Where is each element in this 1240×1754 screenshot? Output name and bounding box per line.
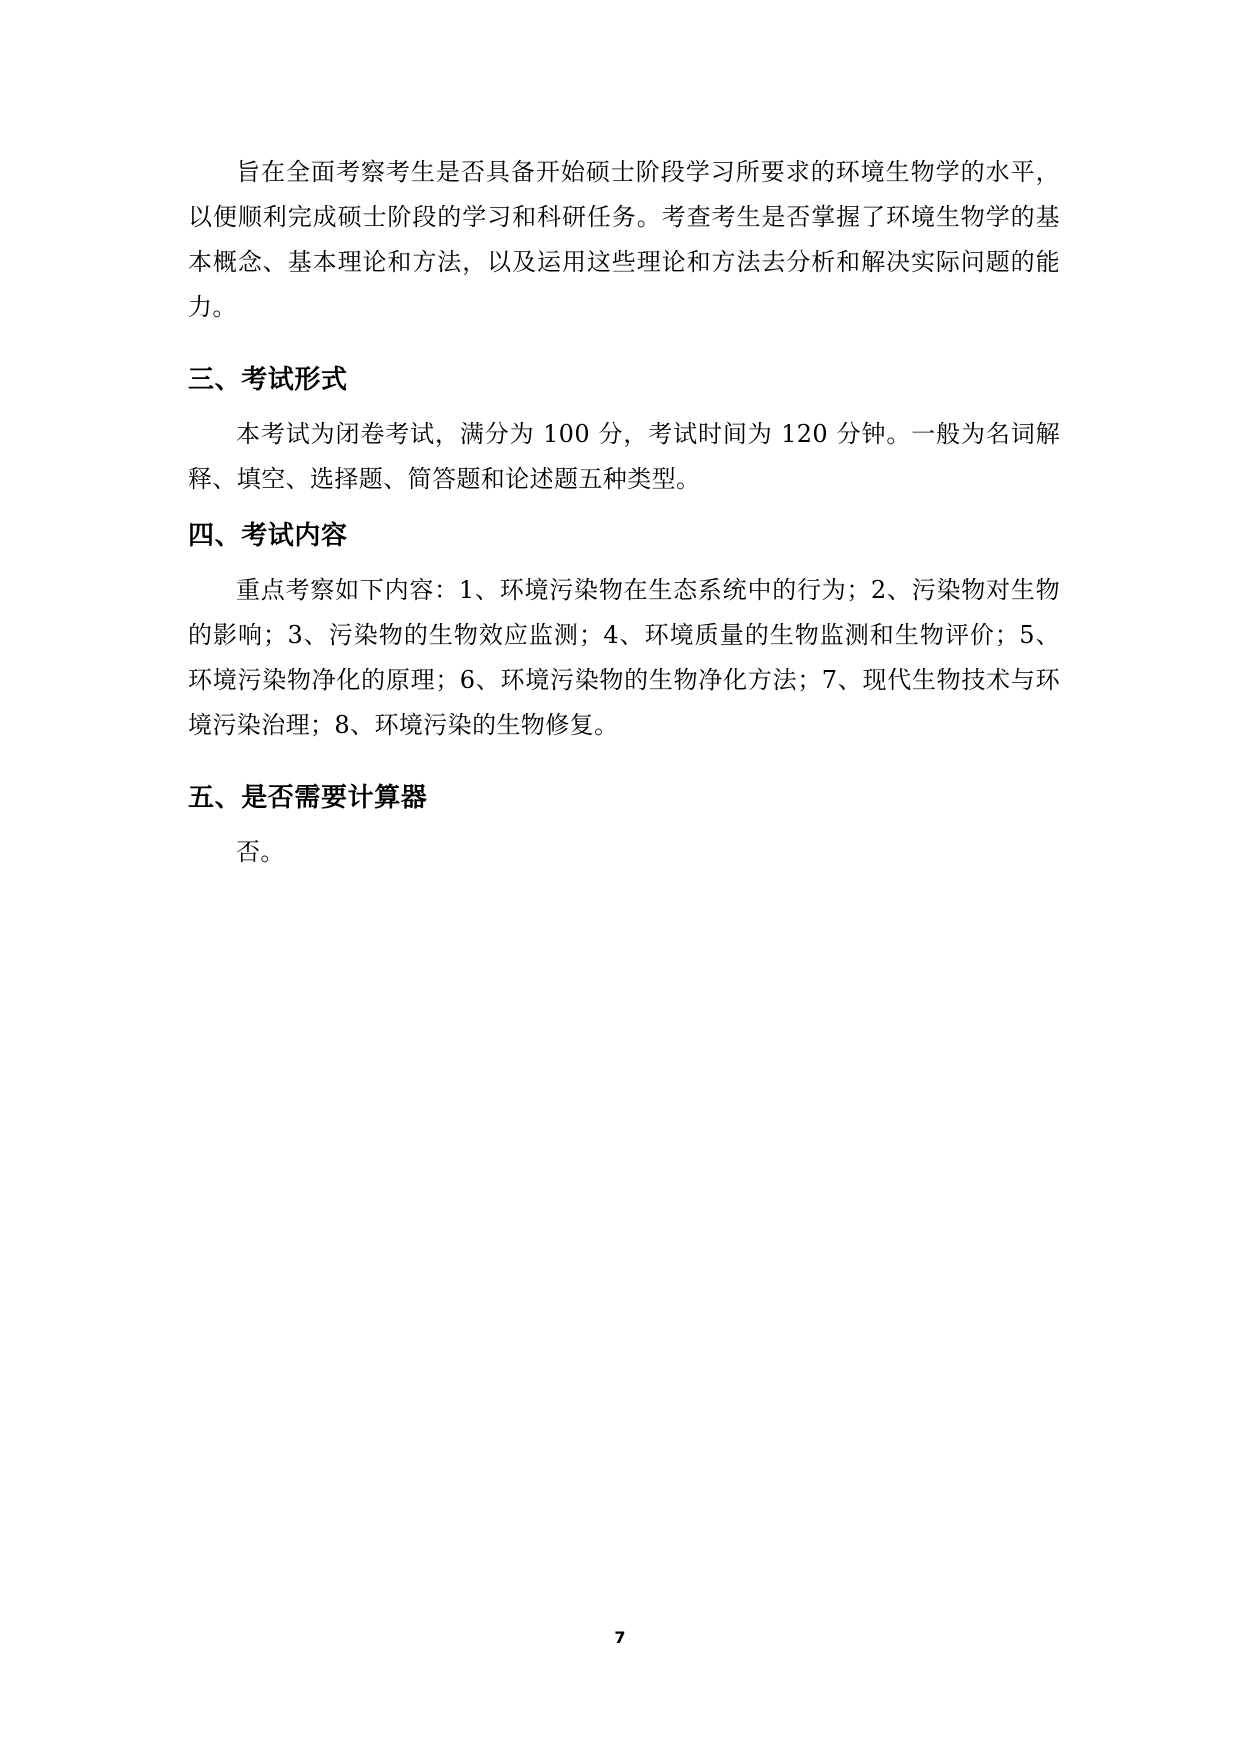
section-heading-exam-format: 三、考试形式 [188, 360, 348, 400]
page-number: 7 [0, 1628, 1240, 1647]
exam-format-paragraph: 本考试为闭卷考试，满分为 100 分，考试时间为 120 分钟。一般为名词解释、… [188, 412, 1060, 502]
exam-content-paragraph: 重点考察如下内容：1、环境污染物在生态系统中的行为；2、污染物对生物的影响；3、… [188, 568, 1060, 748]
section-heading-calculator: 五、是否需要计算器 [188, 778, 427, 818]
calculator-paragraph: 否。 [188, 830, 1060, 875]
section-heading-exam-content: 四、考试内容 [188, 516, 348, 556]
intro-paragraph: 旨在全面考察考生是否具备开始硕士阶段学习所要求的环境生物学的水平，以便顺利完成硕… [188, 150, 1060, 330]
